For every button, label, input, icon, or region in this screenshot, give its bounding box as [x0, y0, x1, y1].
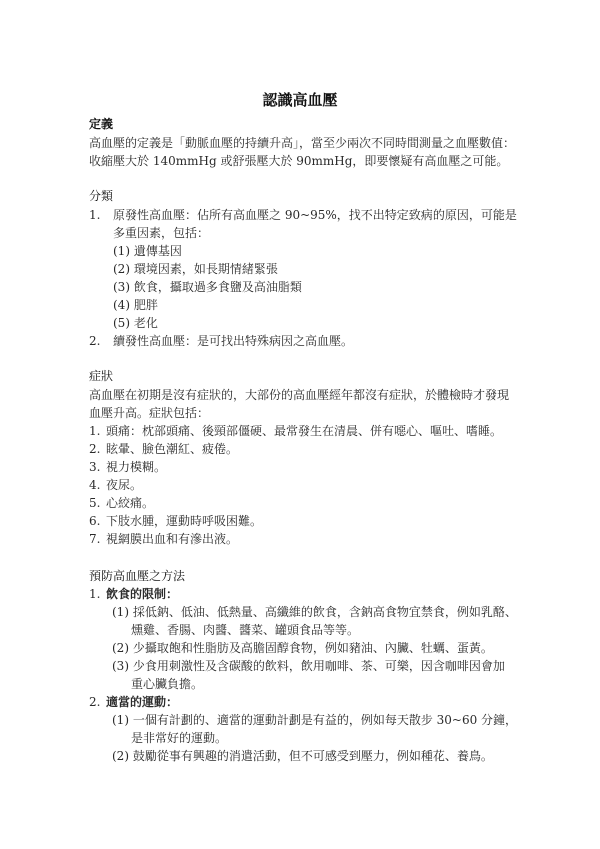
symptom-num: 6. [89, 513, 100, 529]
classification-subitem: (1) 遺傳基因 [113, 243, 182, 259]
classification-item-1-num: 1. [89, 207, 100, 223]
classification-subitem: (5) 老化 [113, 315, 158, 331]
prevention-subitem-line: (3) 少食用刺激性及含碳酸的飲料，飲用咖啡、茶、可樂，因含咖啡因會加 [112, 658, 505, 674]
classification-subitem: (2) 環境因素，如長期情緒緊張 [113, 261, 278, 277]
symptom-num: 4. [89, 477, 100, 493]
prevention-item-1-label: 飲食的限制： [106, 586, 178, 602]
symptom-text: 頭痛：枕部頭痛、後頸部僵硬、最常發生在清晨、併有噁心、嘔吐、嗜睡。 [106, 423, 502, 439]
prevention-subitem-line: 是非常好的運動。 [131, 730, 227, 746]
section-heading-prevention: 預防高血壓之方法 [89, 568, 185, 584]
classification-item-1-line-2: 多重因素，包括： [113, 225, 209, 241]
symptom-text: 視力模糊。 [106, 459, 166, 475]
prevention-subitem-line: (2) 鼓勵從事有興趣的消遣活動，但不可感受到壓力，例如種花、養鳥。 [112, 748, 493, 764]
prevention-subitem-line: 重心臟負擔。 [131, 676, 203, 692]
classification-item-2-num: 2. [89, 333, 100, 349]
section-heading-symptoms: 症狀 [89, 368, 113, 384]
classification-item-2-line-1: 續發性高血壓：是可找出特殊病因之高血壓。 [113, 333, 353, 349]
symptom-text: 夜尿。 [106, 477, 142, 493]
symptom-num: 3. [89, 459, 100, 475]
symptom-num: 5. [89, 495, 100, 511]
prevention-subitem-line: (2) 少攝取飽和性脂肪及高膽固醇食物，例如豬油、內臟、牡蠣、蛋黃。 [112, 640, 493, 656]
prevention-subitem-line: (1) 採低鈉、低油、低熱量、高纖維的飲食，含鈉高食物宜禁食，例如乳酪、 [112, 604, 517, 620]
definition-line-1: 高血壓的定義是「動脈血壓的持續升高」，當至少兩次不同時間測量之血壓數值： [89, 135, 515, 151]
page-title: 認識高血壓 [0, 89, 600, 110]
section-heading-classification: 分類 [89, 188, 113, 204]
symptom-text: 下肢水腫，運動時呼吸困難。 [106, 513, 262, 529]
symptom-num: 1. [89, 423, 100, 439]
prevention-item-1-num: 1. [89, 586, 100, 602]
prevention-item-2-num: 2. [89, 694, 100, 710]
prevention-subitem-line: 燻雞、香腸、肉醬、醬菜、罐頭食品等等。 [131, 622, 359, 638]
prevention-subitem-line: (1) 一個有計劃的、適當的運動計劃是有益的，例如每天散步 30~60 分鐘， [112, 712, 517, 728]
symptoms-intro-line-1: 高血壓在初期是沒有症狀的，大部份的高血壓經年都沒有症狀，於體檢時才發現 [89, 387, 509, 403]
symptom-text: 視網膜出血和有滲出液。 [106, 531, 238, 547]
symptom-text: 心絞痛。 [106, 495, 154, 511]
symptom-num: 7. [89, 531, 100, 547]
section-heading-definition: 定義 [89, 116, 113, 132]
prevention-item-2-label: 適當的運動： [106, 694, 178, 710]
definition-line-2: 收縮壓大於 140mmHg 或舒張壓大於 90mmHg，即要懷疑有高血壓之可能。 [89, 153, 508, 169]
symptom-text: 眩暈、臉色潮紅、疲倦。 [106, 441, 238, 457]
classification-item-1-line-1: 原發性高血壓：佔所有高血壓之 90~95%，找不出特定致病的原因，可能是 [113, 207, 517, 223]
classification-subitem: (4) 肥胖 [113, 297, 158, 313]
document-page: 認識高血壓 定義 高血壓的定義是「動脈血壓的持續升高」，當至少兩次不同時間測量之… [0, 0, 600, 849]
classification-subitem: (3) 飲食，攝取過多食鹽及高油脂類 [113, 279, 302, 295]
symptom-num: 2. [89, 441, 100, 457]
symptoms-intro-line-2: 血壓升高。症狀包括： [89, 405, 209, 421]
